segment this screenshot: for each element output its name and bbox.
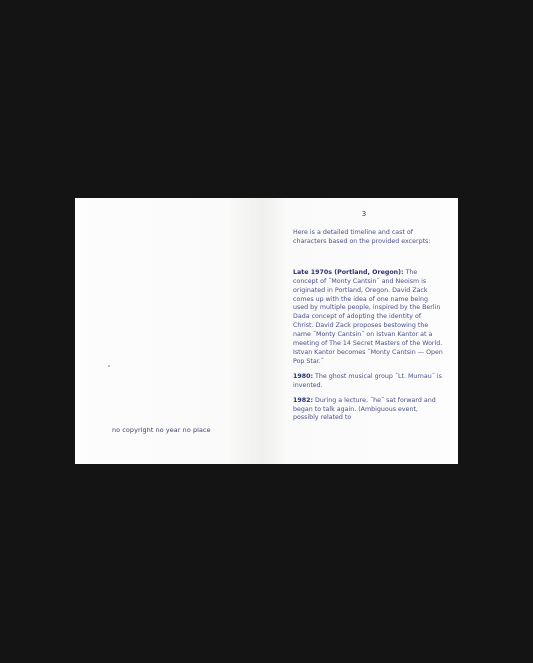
entry-text: The ghost musical group ˝Lt. Murnau˝ is …	[293, 373, 442, 389]
timeline-entry: 1982: During a lecture, ˝he˝ sat forward…	[293, 397, 443, 424]
entry-heading: Late 1970s (Portland, Oregon):	[293, 269, 404, 276]
timeline-entry: Late 1970s (Portland, Oregon): The conce…	[293, 269, 443, 367]
entry-text: The concept of ˝Monty Cantsin˝ and Neois…	[293, 269, 443, 365]
book-spread: no copyright no year no place 3 Here is …	[75, 198, 458, 464]
page-speck	[108, 365, 110, 367]
intro-paragraph: Here is a detailed timeline and cast of …	[293, 229, 443, 247]
entry-heading: 1980:	[293, 373, 313, 380]
left-page: no copyright no year no place	[75, 198, 264, 464]
entry-heading: 1982:	[293, 397, 313, 404]
right-page: 3 Here is a detailed timeline and cast o…	[264, 198, 458, 464]
timeline-entry: 1980: The ghost musical group ˝Lt. Murna…	[293, 373, 443, 391]
entry-text: During a lecture, ˝he˝ sat forward and b…	[293, 397, 436, 422]
page-number: 3	[264, 210, 458, 218]
page-content: Here is a detailed timeline and cast of …	[293, 229, 443, 429]
colophon: no copyright no year no place	[112, 426, 211, 434]
